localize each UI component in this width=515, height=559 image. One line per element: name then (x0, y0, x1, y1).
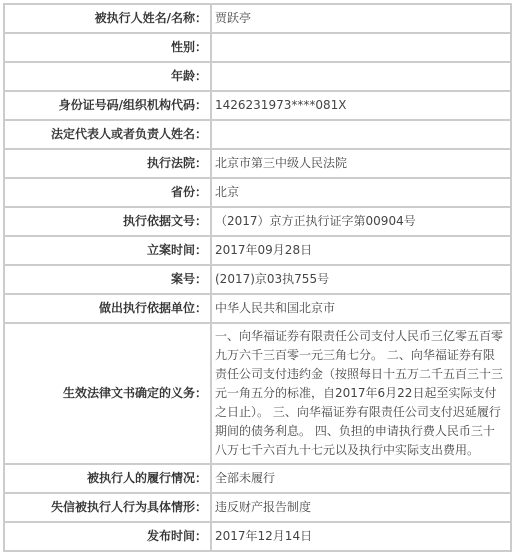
value-publish-date: 2017年12月14日 (211, 522, 511, 551)
value-dishonest-behavior: 违反财产报告制度 (211, 493, 511, 522)
value-basis-document-number: （2017）京方正执行证字第00904号 (211, 207, 511, 236)
label-age: 年龄： (4, 62, 211, 91)
label-publish-date: 发布时间： (4, 522, 211, 551)
label-debtor-name: 被执行人姓名/名称： (4, 4, 211, 33)
value-case-number: (2017)京03执755号 (211, 265, 511, 294)
dishonest-debtor-info-table: 被执行人姓名/名称： 贾跃亭 性别： 年龄： 身份证号码/组织机构代码： 142… (3, 3, 512, 552)
row-basis-document-number: 执行依据文号： （2017）京方正执行证字第00904号 (4, 207, 511, 236)
row-gender: 性别： (4, 33, 511, 62)
label-legal-representative: 法定代表人或者负责人姓名： (4, 120, 211, 149)
value-age (211, 62, 511, 91)
label-case-number: 案号： (4, 265, 211, 294)
value-legal-representative (211, 120, 511, 149)
label-executing-court: 执行法院： (4, 149, 211, 178)
value-id-number: 1426231973****081X (211, 91, 511, 120)
label-performance-status: 被执行人的履行情况： (4, 464, 211, 493)
row-legal-representative: 法定代表人或者负责人姓名： (4, 120, 511, 149)
value-debtor-name: 贾跃亭 (211, 4, 511, 33)
row-issuing-unit: 做出执行依据单位： 中华人民共和国北京市 (4, 294, 511, 323)
row-dishonest-behavior: 失信被执行人行为具体情形： 违反财产报告制度 (4, 493, 511, 522)
label-issuing-unit: 做出执行依据单位： (4, 294, 211, 323)
row-performance-status: 被执行人的履行情况： 全部未履行 (4, 464, 511, 493)
value-province: 北京 (211, 178, 511, 207)
value-filing-date: 2017年09月28日 (211, 236, 511, 265)
row-debtor-name: 被执行人姓名/名称： 贾跃亭 (4, 4, 511, 33)
label-filing-date: 立案时间： (4, 236, 211, 265)
label-dishonest-behavior: 失信被执行人行为具体情形： (4, 493, 211, 522)
row-case-number: 案号： (2017)京03执755号 (4, 265, 511, 294)
value-performance-status: 全部未履行 (211, 464, 511, 493)
label-legal-obligations: 生效法律文书确定的义务： (4, 323, 211, 464)
value-gender (211, 33, 511, 62)
label-province: 省份： (4, 178, 211, 207)
row-executing-court: 执行法院： 北京市第三中级人民法院 (4, 149, 511, 178)
row-age: 年龄： (4, 62, 511, 91)
label-gender: 性别： (4, 33, 211, 62)
row-filing-date: 立案时间： 2017年09月28日 (4, 236, 511, 265)
value-legal-obligations: 一、向华福证券有限责任公司支付人民币三亿零五百零九万六千三百零一元三角七分。 二… (211, 323, 511, 464)
row-id-number: 身份证号码/组织机构代码： 1426231973****081X (4, 91, 511, 120)
value-executing-court: 北京市第三中级人民法院 (211, 149, 511, 178)
row-publish-date: 发布时间： 2017年12月14日 (4, 522, 511, 551)
value-issuing-unit: 中华人民共和国北京市 (211, 294, 511, 323)
row-province: 省份： 北京 (4, 178, 511, 207)
label-basis-document-number: 执行依据文号： (4, 207, 211, 236)
label-id-number: 身份证号码/组织机构代码： (4, 91, 211, 120)
row-legal-obligations: 生效法律文书确定的义务： 一、向华福证券有限责任公司支付人民币三亿零五百零九万六… (4, 323, 511, 464)
